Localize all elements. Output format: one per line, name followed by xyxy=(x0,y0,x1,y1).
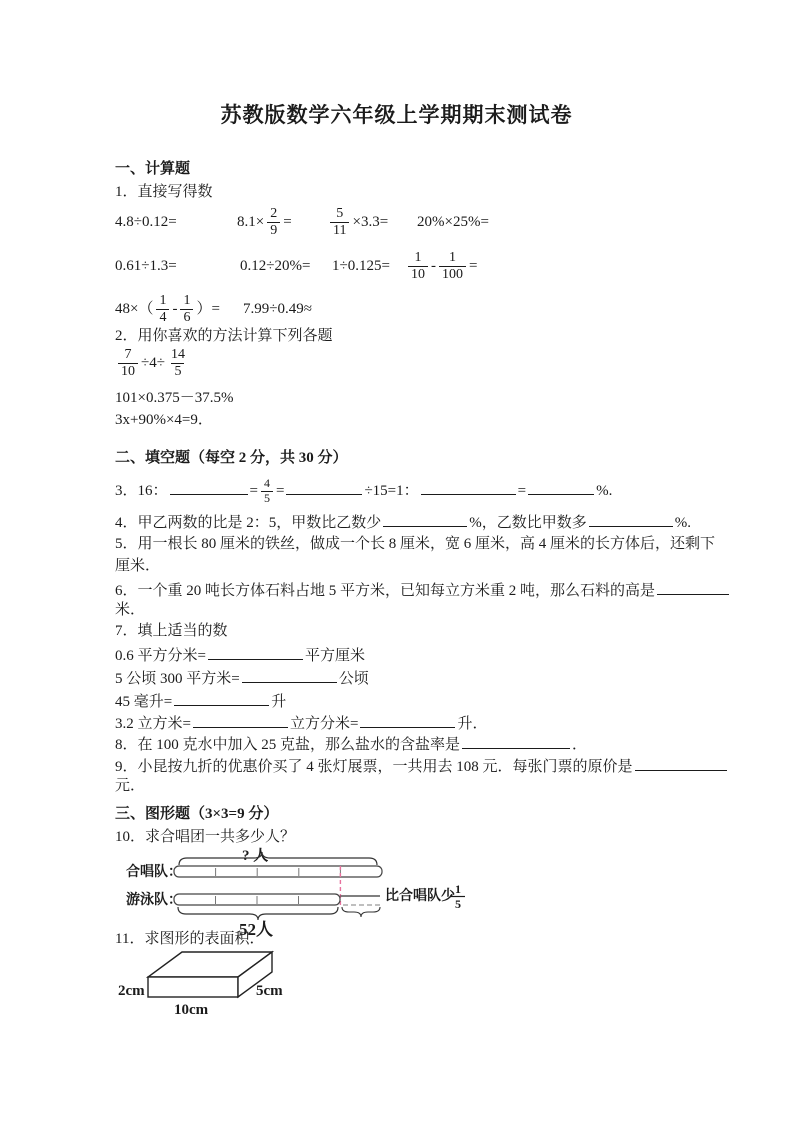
q6-text: 6．一个重 20 吨长方体石料占地 5 平方米，已知每立方米重 2 吨，那么石料… xyxy=(115,583,655,599)
page-title: 苏教版数学六年级上学期期末测试卷 xyxy=(0,99,793,129)
expr-text: 1÷0.125= xyxy=(332,258,390,274)
expr-text: - xyxy=(172,301,177,317)
fraction-denominator: 4 xyxy=(156,309,169,326)
q1-label: 1．直接写得数 xyxy=(115,184,213,201)
fraction-denominator: 5 xyxy=(455,897,461,911)
fraction: 710 xyxy=(118,347,138,380)
expr-text: 4.8÷0.12= xyxy=(115,214,177,230)
fill-blank xyxy=(383,512,467,527)
q5-line2: 厘米． xyxy=(115,558,160,575)
fraction-denominator: 10 xyxy=(118,363,138,380)
choir-swim-bar-diagram: ? 人 合唱队： 游泳队： 比合唱队少 1 5 52人 xyxy=(112,845,557,940)
q4-line: 4．甲乙两数的比是 2：5，甲数比乙数少%，乙数比甲数多%. xyxy=(115,512,691,532)
gap-brace xyxy=(342,907,380,917)
q4-text: 4．甲乙两数的比是 2：5，甲数比乙数少 xyxy=(115,515,381,531)
expr-text: 8.1× xyxy=(237,214,264,230)
fraction: 1100 xyxy=(439,250,466,283)
expr-text: 20%×25%= xyxy=(417,214,489,230)
q7-text: 45 毫升= xyxy=(115,694,172,710)
top-brace xyxy=(179,852,377,865)
expr-text: 0.12÷20%= xyxy=(240,258,310,274)
fill-blank xyxy=(421,480,516,495)
fraction-denominator: 11 xyxy=(330,222,349,239)
gap-label: 比合唱队少 xyxy=(385,887,455,904)
fraction-denominator: 5 xyxy=(171,363,184,380)
expr-text: - xyxy=(431,258,436,274)
q5-line1: 5．用一根长 80 厘米的铁丝，做成一个长 8 厘米，宽 6 厘米，高 4 厘米… xyxy=(115,536,715,553)
q3-text: = xyxy=(276,483,284,499)
fill-blank xyxy=(242,668,337,683)
cuboid-front-face xyxy=(148,977,238,997)
section2-heading: 二、填空题（每空 2 分，共 30 分） xyxy=(115,450,348,467)
q4-text: %. xyxy=(675,515,691,531)
fraction: 16 xyxy=(180,293,193,326)
calc-expression-7: 1÷0.125= xyxy=(332,247,390,285)
q6-line2: 米． xyxy=(115,602,145,619)
q9-text: 9．小昆按九折的优惠价买了 4 张灯展票，一共用去 108 元．每张门票的原价是 xyxy=(115,759,633,775)
fraction-numerator: 1 xyxy=(412,250,425,266)
q7-text: 升 xyxy=(271,694,286,710)
q3-text: = xyxy=(250,483,258,499)
section1-heading: 一、计算题 xyxy=(115,161,190,178)
cuboid-length-label: 10cm xyxy=(174,1002,209,1018)
fraction-numerator: 5 xyxy=(333,206,346,222)
fraction-denominator: 10 xyxy=(408,266,428,283)
fill-blank xyxy=(360,713,455,728)
calc-expression-9: 48×（14-16）= xyxy=(115,290,220,328)
q2-expression-c: 3x+90%×4=9． xyxy=(115,412,213,429)
fraction: 14 xyxy=(156,293,169,326)
q8-text: ． xyxy=(572,737,587,753)
q3-line: 3．16：=45=÷15=1：=%. xyxy=(115,473,612,509)
fraction: 45 xyxy=(261,477,273,506)
fill-blank xyxy=(193,713,288,728)
fraction-denominator: 5 xyxy=(261,491,273,506)
fraction: 110 xyxy=(408,250,428,283)
cuboid-depth-label: 5cm xyxy=(256,983,283,999)
calc-expression-3: 511×3.3= xyxy=(327,203,388,241)
q3-text: = xyxy=(518,483,526,499)
section3-heading: 三、图形题（3×3=9 分） xyxy=(115,806,278,823)
q7-row-d: 3.2 立方米=立方分米=升． xyxy=(115,713,487,733)
q7-label: 7．填上适当的数 xyxy=(115,623,228,640)
fill-blank xyxy=(286,480,362,495)
cuboid-figure: 2cm 10cm 5cm xyxy=(112,948,322,1023)
fill-blank xyxy=(462,734,570,749)
calc-expression-2: 8.1×29= xyxy=(237,203,292,241)
q7-text: 立方分米= xyxy=(290,716,358,732)
calc-expression-1: 4.8÷0.12= xyxy=(115,203,177,241)
fill-blank xyxy=(208,645,303,660)
expr-text: 7.99÷0.49≈ xyxy=(243,301,312,317)
bottom-brace xyxy=(178,907,338,920)
q7-text: 平方厘米 xyxy=(305,648,365,664)
fraction: 511 xyxy=(330,206,349,239)
choir-bar-ticks xyxy=(216,868,341,876)
fraction-numerator: 2 xyxy=(267,206,280,222)
q6-line1: 6．一个重 20 吨长方体石料占地 5 平方米，已知每立方米重 2 吨，那么石料… xyxy=(115,580,731,600)
fill-blank xyxy=(170,480,248,495)
fraction: 145 xyxy=(168,347,188,380)
q7-row-b: 5 公顷 300 平方米=公顷 xyxy=(115,668,369,688)
q7-text: 公顷 xyxy=(339,671,369,687)
fill-blank xyxy=(657,580,729,595)
q3-text: %. xyxy=(596,483,612,499)
test-paper-page: 苏教版数学六年级上学期期末测试卷 一、计算题 1．直接写得数 4.8÷0.12=… xyxy=(0,0,793,1122)
top-brace-label: ? 人 xyxy=(242,847,268,864)
expr-text: ÷4÷ xyxy=(141,355,165,371)
fraction-denominator: 6 xyxy=(180,309,193,326)
fraction-denominator: 100 xyxy=(439,266,466,283)
expr-text: = xyxy=(283,214,291,230)
fill-blank xyxy=(635,756,727,771)
expr-text: ）= xyxy=(196,301,219,317)
q2-expression-a: 710÷4÷145 xyxy=(115,344,191,382)
calc-expression-10: 7.99÷0.49≈ xyxy=(243,290,312,328)
expr-text: 0.61÷1.3= xyxy=(115,258,177,274)
q4-text: %，乙数比甲数多 xyxy=(469,515,587,531)
q7-row-c: 45 毫升=升 xyxy=(115,691,286,711)
fraction-numerator: 1 xyxy=(455,882,461,896)
q10-label: 10．求合唱团一共多少人？ xyxy=(115,829,295,846)
choir-bar xyxy=(174,866,382,877)
cuboid-height-label: 2cm xyxy=(118,983,145,999)
fill-blank xyxy=(174,691,269,706)
fraction-numerator: 14 xyxy=(168,347,188,363)
q3-text: 3．16： xyxy=(115,483,168,499)
expr-text: ×3.3= xyxy=(352,214,388,230)
q9-line2: 元． xyxy=(115,778,145,795)
calc-expression-5: 0.61÷1.3= xyxy=(115,247,177,285)
fraction-numerator: 4 xyxy=(261,477,273,491)
fraction-numerator: 1 xyxy=(446,250,459,266)
calc-expression-4: 20%×25%= xyxy=(417,203,489,241)
fill-blank xyxy=(528,480,594,495)
q11-label: 11．求图形的表面积． xyxy=(115,931,264,948)
calc-expression-8: 110-1100= xyxy=(405,247,477,285)
fraction-numerator: 1 xyxy=(180,293,193,309)
q3-text: ÷15=1： xyxy=(364,483,418,499)
q8-text: 8．在 100 克水中加入 25 克盐，那么盐水的含盐率是 xyxy=(115,737,460,753)
fraction: 29 xyxy=(267,206,280,239)
gap-label-fraction: 1 5 xyxy=(451,882,465,911)
q7-text: 3.2 立方米= xyxy=(115,716,191,732)
expr-text: 48×（ xyxy=(115,301,153,317)
fraction-denominator: 9 xyxy=(267,222,280,239)
q2-expression-b: 101×0.375－37.5% xyxy=(115,390,233,407)
q7-text: 0.6 平方分米= xyxy=(115,648,206,664)
expr-text: = xyxy=(469,258,477,274)
swim-bar-ticks xyxy=(216,896,299,904)
q9-line1: 9．小昆按九折的优惠价买了 4 张灯展票，一共用去 108 元．每张门票的原价是 xyxy=(115,756,729,776)
fraction-numerator: 1 xyxy=(156,293,169,309)
fraction-numerator: 7 xyxy=(122,347,135,363)
q2-label: 2．用你喜欢的方法计算下列各题 xyxy=(115,328,333,345)
fill-blank xyxy=(589,512,673,527)
q8-line: 8．在 100 克水中加入 25 克盐，那么盐水的含盐率是． xyxy=(115,734,587,754)
q7-text: 升． xyxy=(457,716,487,732)
calc-expression-6: 0.12÷20%= xyxy=(240,247,310,285)
q7-text: 5 公顷 300 平方米= xyxy=(115,671,240,687)
q7-row-a: 0.6 平方分米=平方厘米 xyxy=(115,645,365,665)
